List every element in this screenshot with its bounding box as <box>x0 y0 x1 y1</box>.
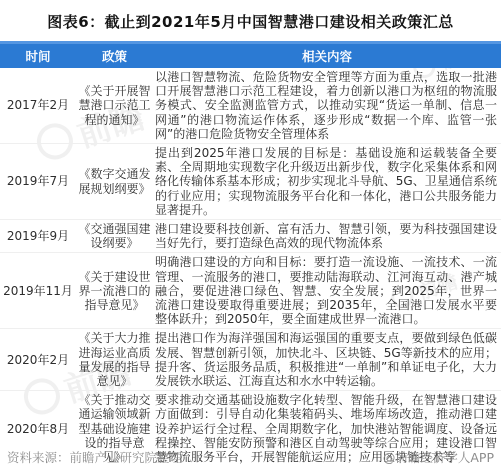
cell-content: 港口建设要科技创新、富有活力、智慧引领，要为科技强国建设当好先行，要打造绿色高效… <box>153 220 501 253</box>
cell-policy: 《关于开展智慧港口示范工程的通知》 <box>76 68 153 144</box>
footer: 资料来源：前瞻产业研究院整理 @前瞻经济学人APP <box>0 448 501 466</box>
cell-content: 提出到2025年港口发展的目标是：基础设施和运载装备全要素、全周期地实现数字化升… <box>153 144 501 220</box>
column-header-policy: 政策 <box>76 43 153 69</box>
cell-time: 2019年11月 <box>0 253 76 329</box>
source-note: 资料来源：前瞻产业研究院整理 <box>7 448 182 466</box>
cell-time: 2020年2月 <box>0 329 76 391</box>
table-row: 2019年11月 《关于建设世界一流港口的指导意见》 明确港口建设的方向和目标：… <box>0 253 501 329</box>
table-row: 2019年9月 《交通强国建设纲要》 港口建设要科技创新、富有活力、智慧引领，要… <box>0 220 501 253</box>
column-header-time: 时间 <box>0 43 76 69</box>
policy-table: 时间 政策 相关内容 2017年2月 《关于开展智慧港口示范工程的通知》 以港口… <box>0 41 501 466</box>
brand-credit: @前瞻经济学人APP <box>383 448 494 466</box>
cell-policy: 《关于大力推进海运业高质量发展的指导意见》 <box>76 329 153 391</box>
cell-policy: 《交通强国建设纲要》 <box>76 220 153 253</box>
cell-policy: 《数字交通发展规划纲要》 <box>76 144 153 220</box>
page-title: 图表6：截止到2021年5月中国智慧港口建设相关政策汇总 <box>0 0 501 41</box>
cell-content: 明确港口建设的方向和目标：要打造一流设施、一流技术、一流管理、一流服务的港口，要… <box>153 253 501 329</box>
table-row: 2019年7月 《数字交通发展规划纲要》 提出到2025年港口发展的目标是：基础… <box>0 144 501 220</box>
table-row: 2017年2月 《关于开展智慧港口示范工程的通知》 以港口智慧物流、危险货物安全… <box>0 68 501 144</box>
cell-policy: 《关于建设世界一流港口的指导意见》 <box>76 253 153 329</box>
cell-time: 2019年9月 <box>0 220 76 253</box>
table-row: 2020年2月 《关于大力推进海运业高质量发展的指导意见》 提出港口作为海洋强国… <box>0 329 501 391</box>
table-header-row: 时间 政策 相关内容 <box>0 43 501 69</box>
cell-content: 以港口智慧物流、危险货物安全管理等方面为重点，选取一批港口开展智慧港口示范工程建… <box>153 68 501 144</box>
cell-content: 提出港口作为海洋强国和海运强国的重要支点，要做到绿色低碳发展、智慧创新引领，加快… <box>153 329 501 391</box>
column-header-content: 相关内容 <box>153 43 501 69</box>
cell-time: 2019年7月 <box>0 144 76 220</box>
cell-time: 2017年2月 <box>0 68 76 144</box>
